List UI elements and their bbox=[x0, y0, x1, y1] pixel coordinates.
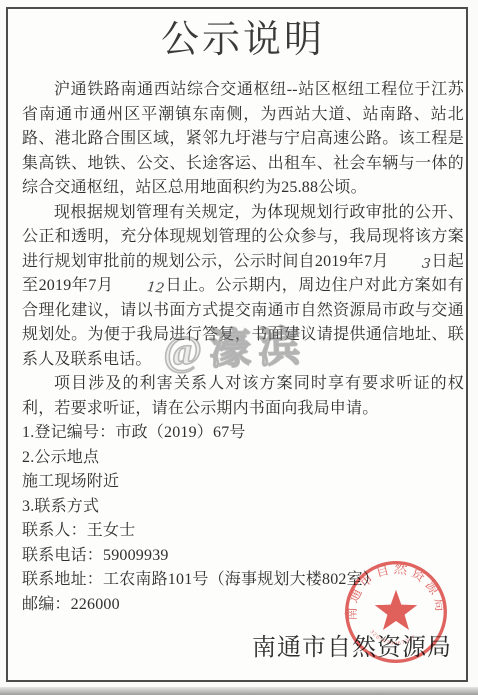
handwritten-end-day: 12 bbox=[112, 271, 166, 302]
seal-star-icon bbox=[375, 590, 417, 630]
paragraph-project-description: 沪通铁路南通西站综合交通枢纽--站区枢纽工程位于江苏省南通市通州区平潮镇东南侧，… bbox=[22, 78, 464, 201]
detail-registration-number: 1.登记编号：市政（2019）67号 bbox=[22, 421, 464, 446]
detail-contact-method-label: 3.联系方式 bbox=[22, 495, 464, 520]
document-title: 公示说明 bbox=[22, 16, 464, 64]
detail-notice-location-label: 2.公示地点 bbox=[22, 446, 464, 471]
svg-text:3205020067287: 3205020067287 bbox=[369, 629, 418, 647]
document-content: 公示说明 沪通铁路南通西站综合交通枢纽--站区枢纽工程位于江苏省南通市通州区平潮… bbox=[0, 0, 478, 617]
scanned-notice-page: 公示说明 沪通铁路南通西站综合交通枢纽--站区枢纽工程位于江苏省南通市通州区平潮… bbox=[0, 0, 478, 695]
detail-contact-person: 联系人：王女士 bbox=[22, 519, 464, 544]
haobin-watermark: @濠滨 bbox=[162, 314, 308, 379]
paragraph-hearing-rights: 项目涉及的利害关系人对该方案同时享有要求听证的权利，若要求听证，请在公示期内书面… bbox=[22, 372, 464, 421]
official-red-seal: 南通市自然资源局 3205020067287 bbox=[343, 559, 449, 665]
handwritten-start-day: 3 bbox=[387, 247, 432, 277]
seal-serial-number: 3205020067287 bbox=[369, 629, 418, 647]
detail-notice-location-value: 施工现场附近 bbox=[22, 470, 464, 495]
scan-edge-shadow bbox=[0, 687, 478, 695]
